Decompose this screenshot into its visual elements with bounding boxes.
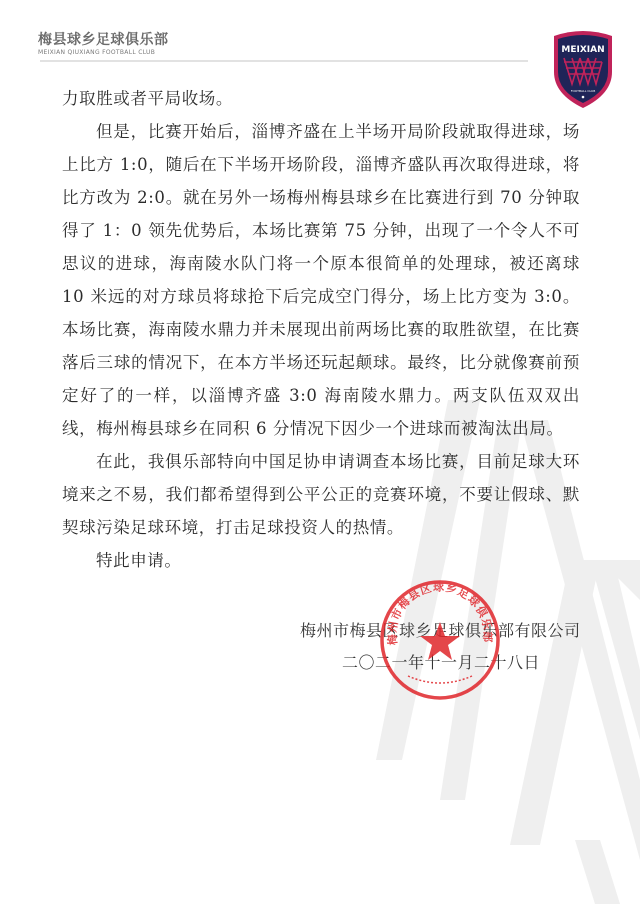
paragraph-match-account: 但是，比赛开始后，淄博齐盛在上半场开局阶段就取得进球，场上比方 1:0，随后在下… <box>62 115 580 445</box>
club-name-cn: 梅县球乡足球俱乐部 <box>38 32 169 48</box>
club-name-en: MEIXIAN QIUXIANG FOOTBALL CLUB <box>38 49 169 57</box>
paragraph-request: 在此，我俱乐部特向中国足协申请调查本场比赛，目前足球大环境来之不易，我们都希望得… <box>62 445 580 544</box>
header-divider <box>40 60 528 62</box>
svg-text:MEIXIAN: MEIXIAN <box>561 45 604 55</box>
paragraph-continuation: 力取胜或者平局收场。 <box>62 82 580 115</box>
official-seal-icon: 梅州市梅县区球乡足球俱乐部有限公司 <box>378 578 502 702</box>
letter-body: 力取胜或者平局收场。 但是，比赛开始后，淄博齐盛在上半场开局阶段就取得进球，场上… <box>62 82 580 577</box>
letterhead: 梅县球乡足球俱乐部 MEIXIAN QIUXIANG FOOTBALL CLUB <box>38 32 169 57</box>
paragraph-closing: 特此申请。 <box>62 544 580 577</box>
